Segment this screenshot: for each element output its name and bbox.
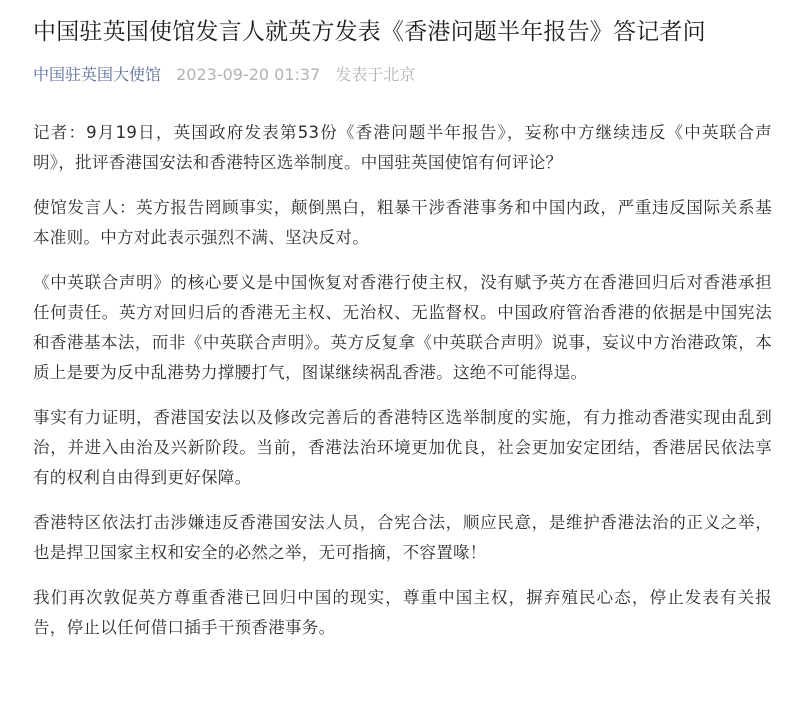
article-title: 中国驻英国使馆发言人就英方发表《香港问题半年报告》答记者问: [33, 14, 772, 50]
paragraph-reporter-question: 记者：9月19日，英国政府发表第53份《香港问题半年报告》，妄称中方继续违反《中…: [33, 118, 772, 178]
paragraph-urge: 我们再次敦促英方尊重香港已回归中国的现实，尊重中国主权，摒弃殖民心态，停止发表有…: [33, 583, 772, 643]
publish-location: 发表于北京: [335, 65, 415, 84]
article: 中国驻英国使馆发言人就英方发表《香港问题半年报告》答记者问 中国驻英国大使馆 2…: [0, 0, 805, 643]
article-meta: 中国驻英国大使馆 2023-09-20 01:37 发表于北京: [33, 62, 772, 88]
publish-datetime: 2023-09-20 01:37: [176, 65, 320, 84]
paragraph-law-enforcement: 香港特区依法打击涉嫌违反香港国安法人员，合宪合法，顺应民意，是维护香港法治的正义…: [33, 508, 772, 568]
article-content: 记者：9月19日，英国政府发表第53份《香港问题半年报告》，妄称中方继续违反《中…: [33, 118, 772, 643]
paragraph-spokesperson-response: 使馆发言人：英方报告罔顾事实，颠倒黑白，粗暴干涉香港事务和中国内政，严重违反国际…: [33, 193, 772, 253]
account-name-link[interactable]: 中国驻英国大使馆: [33, 65, 161, 84]
paragraph-facts: 事实有力证明，香港国安法以及修改完善后的香港特区选举制度的实施，有力推动香港实现…: [33, 403, 772, 493]
paragraph-joint-declaration: 《中英联合声明》的核心要义是中国恢复对香港行使主权，没有赋予英方在香港回归后对香…: [33, 268, 772, 388]
